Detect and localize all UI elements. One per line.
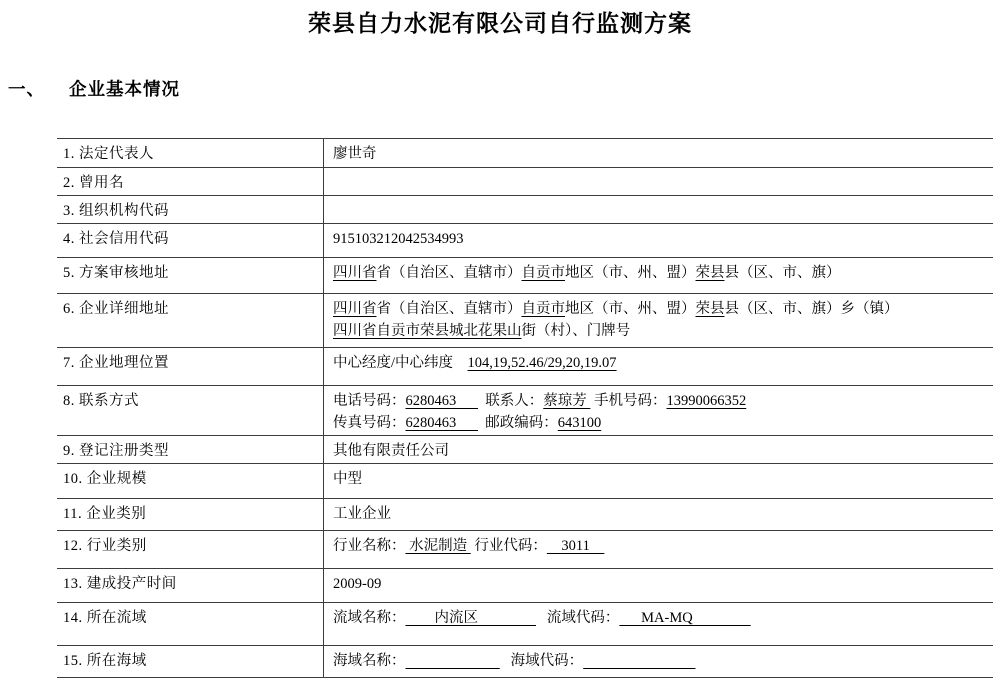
row-value: 工业企业: [323, 499, 993, 530]
row-label: 13. 建成投产时间: [57, 569, 323, 602]
table-row: 8. 联系方式电话号码：6280463 联系人：蔡琼芳 手机号码：1399006…: [57, 386, 993, 436]
filled-blank-text: 荣县: [696, 301, 725, 317]
value-text: 省（自治区、直辖市）: [377, 301, 522, 317]
row-label: 11. 企业类别: [57, 499, 323, 530]
section-title: 企业基本情况: [69, 79, 180, 99]
row-value-line: 2009-09: [333, 573, 987, 595]
filled-blank-text: 四川省: [333, 301, 377, 317]
filled-blank-text: 内流区: [406, 610, 537, 626]
row-value-line: 中心经度/中心纬度 104,19,52.46/29,20,19.07: [333, 352, 987, 374]
row-label: 3. 组织机构代码: [57, 196, 323, 223]
section-number: 一、: [8, 79, 45, 99]
value-text: 工业企业: [333, 506, 391, 522]
value-text: 邮政编码：: [478, 415, 558, 431]
row-label: 5. 方案审核地址: [57, 258, 323, 293]
row-value-line: 中型: [333, 468, 987, 490]
row-value: 中型: [323, 464, 993, 498]
row-label: 4. 社会信用代码: [57, 224, 323, 257]
filled-blank-text: 自贡市: [522, 265, 566, 281]
row-value-line: 915103212042534993: [333, 228, 987, 250]
row-label: 8. 联系方式: [57, 386, 323, 435]
table-row: 14. 所在流域流域名称： 内流区 流域代码： MA-MQ: [57, 603, 993, 646]
company-info-table: 1. 法定代表人廖世奇2. 曾用名3. 组织机构代码4. 社会信用代码91510…: [57, 138, 993, 678]
value-text: 海域代码：: [500, 653, 583, 669]
row-value: [323, 168, 993, 195]
section-heading: 一、企业基本情况: [8, 76, 180, 101]
row-value: 四川省省（自治区、直辖市）自贡市地区（市、州、盟）荣县县（区、市、旗）: [323, 258, 993, 293]
filled-blank-text: 四川省: [333, 265, 377, 281]
filled-blank-text: 13990066352: [667, 393, 747, 409]
row-label: 14. 所在流域: [57, 603, 323, 645]
table-row: 1. 法定代表人廖世奇: [57, 139, 993, 168]
row-value: 电话号码：6280463 联系人：蔡琼芳 手机号码：13990066352传真号…: [323, 386, 993, 435]
value-text: 地区（市、州、盟）: [565, 265, 696, 281]
row-value: 中心经度/中心纬度 104,19,52.46/29,20,19.07: [323, 348, 993, 385]
value-text: 县（区、市、旗）: [725, 265, 841, 281]
row-value-line: 其他有限责任公司: [333, 440, 987, 462]
row-label: 9. 登记注册类型: [57, 436, 323, 463]
table-row: 9. 登记注册类型其他有限责任公司: [57, 436, 993, 464]
row-value-line: 行业名称： 水泥制造 行业代码： 3011: [333, 535, 987, 557]
table-row: 3. 组织机构代码: [57, 196, 993, 224]
value-text: 流域代码：: [536, 610, 619, 626]
row-value-line: [333, 172, 987, 194]
row-label: 15. 所在海域: [57, 646, 323, 677]
row-value-line: [333, 200, 987, 222]
value-text: 手机号码：: [590, 393, 666, 409]
row-value: [323, 196, 993, 223]
filled-blank-text: 6280463: [406, 393, 479, 409]
row-value-line: 四川省省（自治区、直辖市）自贡市地区（市、州、盟）荣县县（区、市、旗）乡（镇）: [333, 298, 987, 320]
row-label: 2. 曾用名: [57, 168, 323, 195]
table-row: 4. 社会信用代码915103212042534993: [57, 224, 993, 258]
filled-blank-text: 四川省自贡市荣县城北花果山: [333, 323, 522, 339]
page-title: 荣县自力水泥有限公司自行监测方案: [0, 5, 1000, 38]
filled-blank-text: 643100: [558, 415, 602, 431]
filled-blank-text: 水泥制造: [406, 538, 471, 554]
value-text: 915103212042534993: [333, 231, 464, 247]
table-row: 6. 企业详细地址四川省省（自治区、直辖市）自贡市地区（市、州、盟）荣县县（区、…: [57, 294, 993, 348]
row-label: 1. 法定代表人: [57, 139, 323, 167]
row-value: 行业名称： 水泥制造 行业代码： 3011: [323, 531, 993, 568]
value-text: [453, 355, 468, 371]
value-text: 传真号码：: [333, 415, 406, 431]
value-text: 2009-09: [333, 576, 381, 592]
row-value-line: 电话号码：6280463 联系人：蔡琼芳 手机号码：13990066352: [333, 390, 987, 412]
row-value: 四川省省（自治区、直辖市）自贡市地区（市、州、盟）荣县县（区、市、旗）乡（镇）四…: [323, 294, 993, 347]
row-value-line: 传真号码：6280463 邮政编码：643100: [333, 412, 987, 434]
row-label: 10. 企业规模: [57, 464, 323, 498]
table-row: 7. 企业地理位置中心经度/中心纬度 104,19,52.46/29,20,19…: [57, 348, 993, 386]
filled-blank-text: 荣县: [696, 265, 725, 281]
row-value-line: 四川省省（自治区、直辖市）自贡市地区（市、州、盟）荣县县（区、市、旗）: [333, 262, 987, 284]
value-text: 中心经度/中心纬度: [333, 355, 453, 371]
row-value: 海域名称： 海域代码：: [323, 646, 993, 677]
row-value-line: 工业企业: [333, 503, 987, 525]
value-text: 县（区、市、旗）乡（镇）: [725, 301, 899, 317]
table-row: 11. 企业类别工业企业: [57, 499, 993, 531]
value-text: 其他有限责任公司: [333, 443, 449, 459]
table-row: 5. 方案审核地址四川省省（自治区、直辖市）自贡市地区（市、州、盟）荣县县（区、…: [57, 258, 993, 294]
table-row: 10. 企业规模中型: [57, 464, 993, 499]
row-label: 7. 企业地理位置: [57, 348, 323, 385]
value-text: 中型: [333, 471, 362, 487]
row-label: 6. 企业详细地址: [57, 294, 323, 347]
value-text: 省（自治区、直辖市）: [377, 265, 522, 281]
table-row: 15. 所在海域海域名称： 海域代码：: [57, 646, 993, 678]
row-value: 流域名称： 内流区 流域代码： MA-MQ: [323, 603, 993, 645]
value-text: 廖世奇: [333, 146, 377, 162]
document-page: 荣县自力水泥有限公司自行监测方案 一、企业基本情况 1. 法定代表人廖世奇2. …: [0, 0, 1000, 681]
row-value-line: 流域名称： 内流区 流域代码： MA-MQ: [333, 607, 987, 629]
row-value: 915103212042534993: [323, 224, 993, 257]
row-value: 其他有限责任公司: [323, 436, 993, 463]
value-text: 电话号码：: [333, 393, 406, 409]
value-text: 流域名称：: [333, 610, 406, 626]
filled-blank-text: [583, 653, 695, 669]
filled-blank-text: 6280463: [406, 415, 479, 431]
row-value: 廖世奇: [323, 139, 993, 167]
row-value-line: 四川省自贡市荣县城北花果山街（村）、门牌号: [333, 320, 987, 342]
filled-blank-text: 3011: [547, 538, 604, 554]
value-text: 地区（市、州、盟）: [565, 301, 696, 317]
filled-blank-text: 蔡琼芳: [543, 393, 590, 409]
row-value-line: 廖世奇: [333, 143, 987, 165]
value-text: 行业代码：: [471, 538, 547, 554]
table-row: 12. 行业类别行业名称： 水泥制造 行业代码： 3011: [57, 531, 993, 569]
value-text: 街（村）、门牌号: [522, 323, 631, 339]
table-row: 2. 曾用名: [57, 168, 993, 196]
row-value: 2009-09: [323, 569, 993, 602]
table-row: 13. 建成投产时间2009-09: [57, 569, 993, 603]
filled-blank-text: 自贡市: [522, 301, 566, 317]
value-text: 海域名称：: [333, 653, 406, 669]
row-value-line: 海域名称： 海域代码：: [333, 650, 987, 672]
value-text: 联系人：: [478, 393, 543, 409]
filled-blank-text: 104,19,52.46/29,20,19.07: [468, 355, 617, 371]
filled-blank-text: MA-MQ: [619, 610, 750, 626]
value-text: 行业名称：: [333, 538, 406, 554]
row-label: 12. 行业类别: [57, 531, 323, 568]
filled-blank-text: [406, 653, 500, 669]
